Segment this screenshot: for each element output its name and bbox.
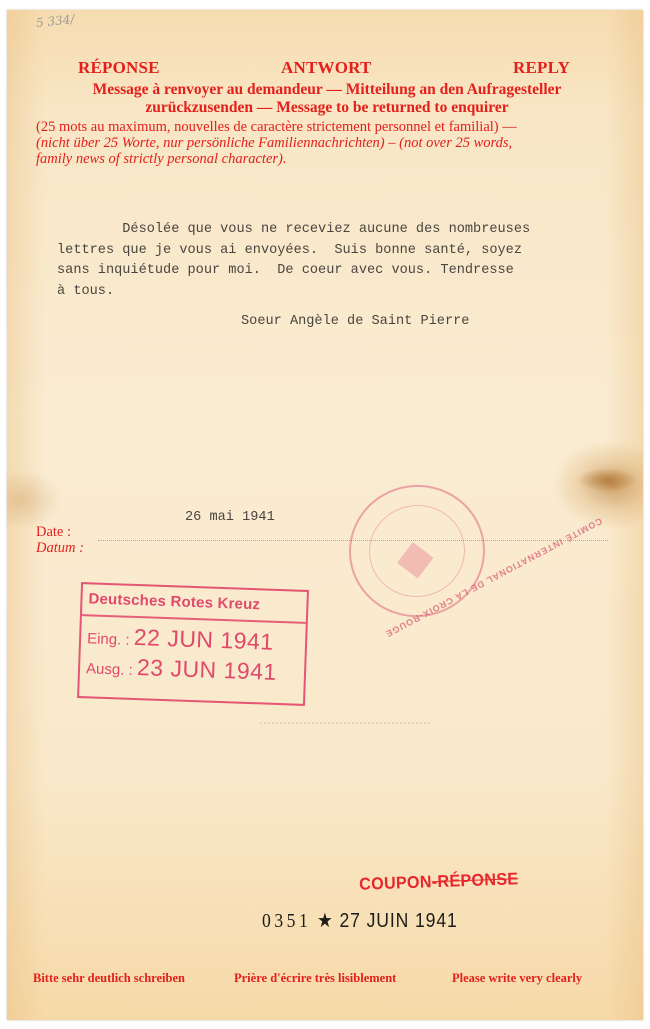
message-line: lettres que je vous ai envoyées. Suis bo… <box>57 241 627 262</box>
title-french: RÉPONSE <box>78 58 160 78</box>
typed-message: Désolée que vous ne receviez aucune des … <box>57 220 627 302</box>
signature: Soeur Angèle de Saint Pierre <box>241 314 469 329</box>
drk-ausg-row: Ausg. : 23 JUN 1941 <box>86 652 277 686</box>
message-line: à tous. <box>57 282 627 303</box>
date-label: Date : Datum : <box>36 524 84 556</box>
subheading-line-1: Message à renvoyer au demandeur — Mittei… <box>34 81 620 99</box>
footer-french: Prière d'écrire très lisiblement <box>234 971 396 986</box>
drk-stamp-header: Deutsches Rotes Kreuz <box>88 590 260 613</box>
drk-eing-row: Eing. : 22 JUN 1941 <box>87 622 274 655</box>
date-label-fr: Date : <box>36 524 84 540</box>
title-german: ANTWORT <box>281 58 372 78</box>
form-titles: RÉPONSE ANTWORT REPLY <box>0 58 650 80</box>
serial-number: 0351 <box>262 910 311 932</box>
coupon-text: COUPON <box>359 872 432 894</box>
word-limit-note: (25 mots au maximum, nouvelles de caract… <box>36 119 626 167</box>
star-icon: ★ <box>317 910 334 932</box>
date-label-de: Datum : <box>36 540 84 556</box>
form-subheading: Message à renvoyer au demandeur — Mittei… <box>34 81 620 117</box>
ausg-label: Ausg. : <box>86 660 133 679</box>
drk-receipt-stamp: Deutsches Rotes Kreuz Eing. : 22 JUN 194… <box>77 582 309 706</box>
message-line: Désolée que vous ne receviez aucune des … <box>57 220 627 241</box>
footer-german: Bitte sehr deutlich schreiben <box>33 971 185 986</box>
note-english-a: (not over 25 words, <box>399 135 512 151</box>
eing-label: Eing. : <box>87 630 130 648</box>
title-english: REPLY <box>513 58 570 78</box>
note-german: (nicht über 25 Worte, nur persönliche Fa… <box>36 135 399 151</box>
eing-date: 22 JUN 1941 <box>133 624 274 655</box>
serial-date-stamp: 0351 ★ 27 JUIN 1941 <box>262 908 458 933</box>
date-value: 26 mai 1941 <box>185 510 275 525</box>
stamp-date: 27 JUIN 1941 <box>339 910 457 932</box>
subheading-line-2: zurückzusenden — Message to be returned … <box>34 99 620 117</box>
message-line: sans inquiétude pour moi. De coeur avec … <box>57 261 627 282</box>
form-footer: Bitte sehr deutlich schreiben Prière d'é… <box>0 971 650 987</box>
ausg-date: 23 JUN 1941 <box>137 654 278 685</box>
note-english-b: family news of strictly personal charact… <box>36 151 287 167</box>
reponse-text: -RÉPONSE <box>431 869 518 891</box>
note-french: (25 mots au maximum, nouvelles de caract… <box>36 119 626 135</box>
faint-bleedthrough <box>260 722 430 724</box>
footer-english: Please write very clearly <box>452 971 582 986</box>
